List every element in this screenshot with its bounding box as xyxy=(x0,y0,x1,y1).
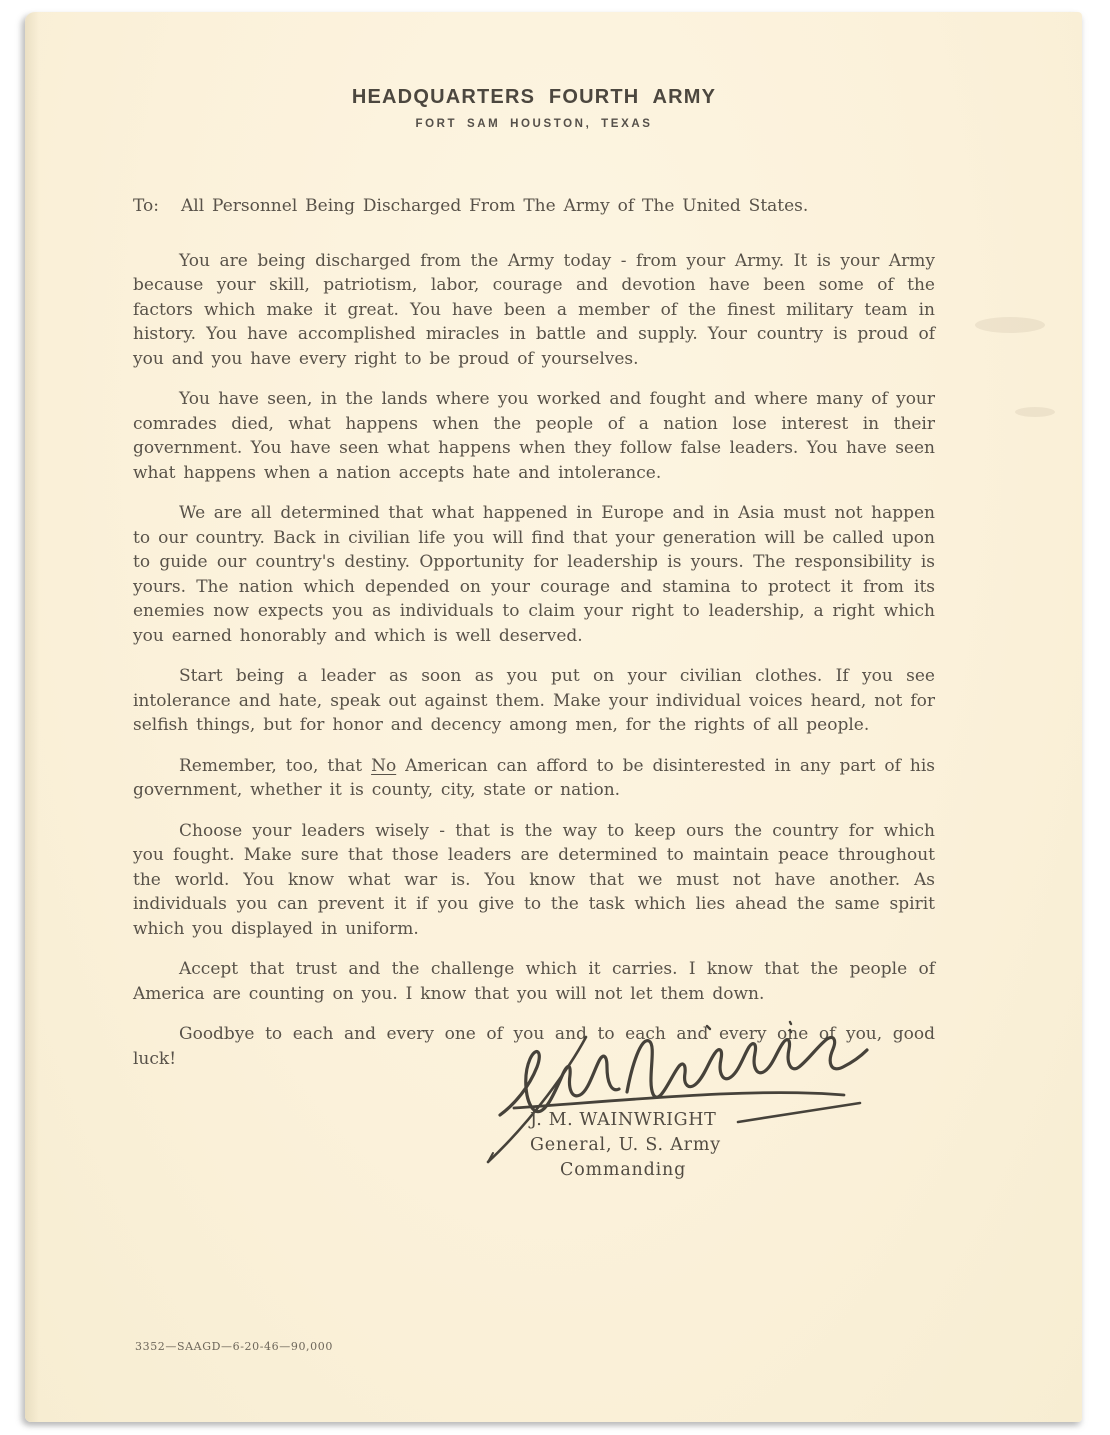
letterhead-title: HEADQUARTERS FOURTH ARMY xyxy=(133,86,935,109)
paragraph-goodbye: Goodbye to each and every one of you and… xyxy=(133,1006,935,1071)
paper-edge-shadow xyxy=(25,12,39,1422)
to-text: All Personnel Being Discharged From The … xyxy=(181,196,808,216)
letterhead-subtitle: FORT SAM HOUSTON, TEXAS xyxy=(133,118,935,130)
paragraph-start-being-leader: Start being a leader as soon as you put … xyxy=(133,648,935,738)
paragraph-determined: We are all determined that what happened… xyxy=(133,485,935,648)
paragraph-accept-trust: Accept that trust and the challenge whic… xyxy=(133,941,935,1006)
to-label: To: xyxy=(133,196,159,216)
letter-body: To:All Personnel Being Discharged From T… xyxy=(133,194,935,1071)
paragraph-discharged-today: You are being discharged from the Army t… xyxy=(133,233,935,372)
to-line: To:All Personnel Being Discharged From T… xyxy=(133,194,935,219)
paragraph-you-have-seen: You have seen, in the lands where you wo… xyxy=(133,371,935,485)
signature-name: J. M. WAINWRIGHT xyxy=(530,1108,850,1133)
emphasized-word-no: No xyxy=(371,756,396,776)
scan-smudge xyxy=(975,317,1045,333)
imprint-line: 3352—SAAGD—6-20-46—90,000 xyxy=(135,1340,333,1353)
signature-rank: General, U. S. Army xyxy=(530,1133,850,1158)
signature-title: Commanding xyxy=(530,1158,850,1183)
letterhead: HEADQUARTERS FOURTH ARMY FORT SAM HOUSTO… xyxy=(133,86,935,130)
letter-page: HEADQUARTERS FOURTH ARMY FORT SAM HOUSTO… xyxy=(25,12,1082,1422)
paragraph-remember: Remember, too, that No American can affo… xyxy=(133,738,935,803)
paragraph-choose-leaders: Choose your leaders wisely - that is the… xyxy=(133,803,935,942)
remember-before: Remember, too, that xyxy=(179,756,371,776)
scan-smudge xyxy=(1015,407,1055,417)
scanned-letter: HEADQUARTERS FOURTH ARMY FORT SAM HOUSTO… xyxy=(0,0,1110,1435)
signature-block: J. M. WAINWRIGHT General, U. S. Army Com… xyxy=(530,1108,850,1183)
